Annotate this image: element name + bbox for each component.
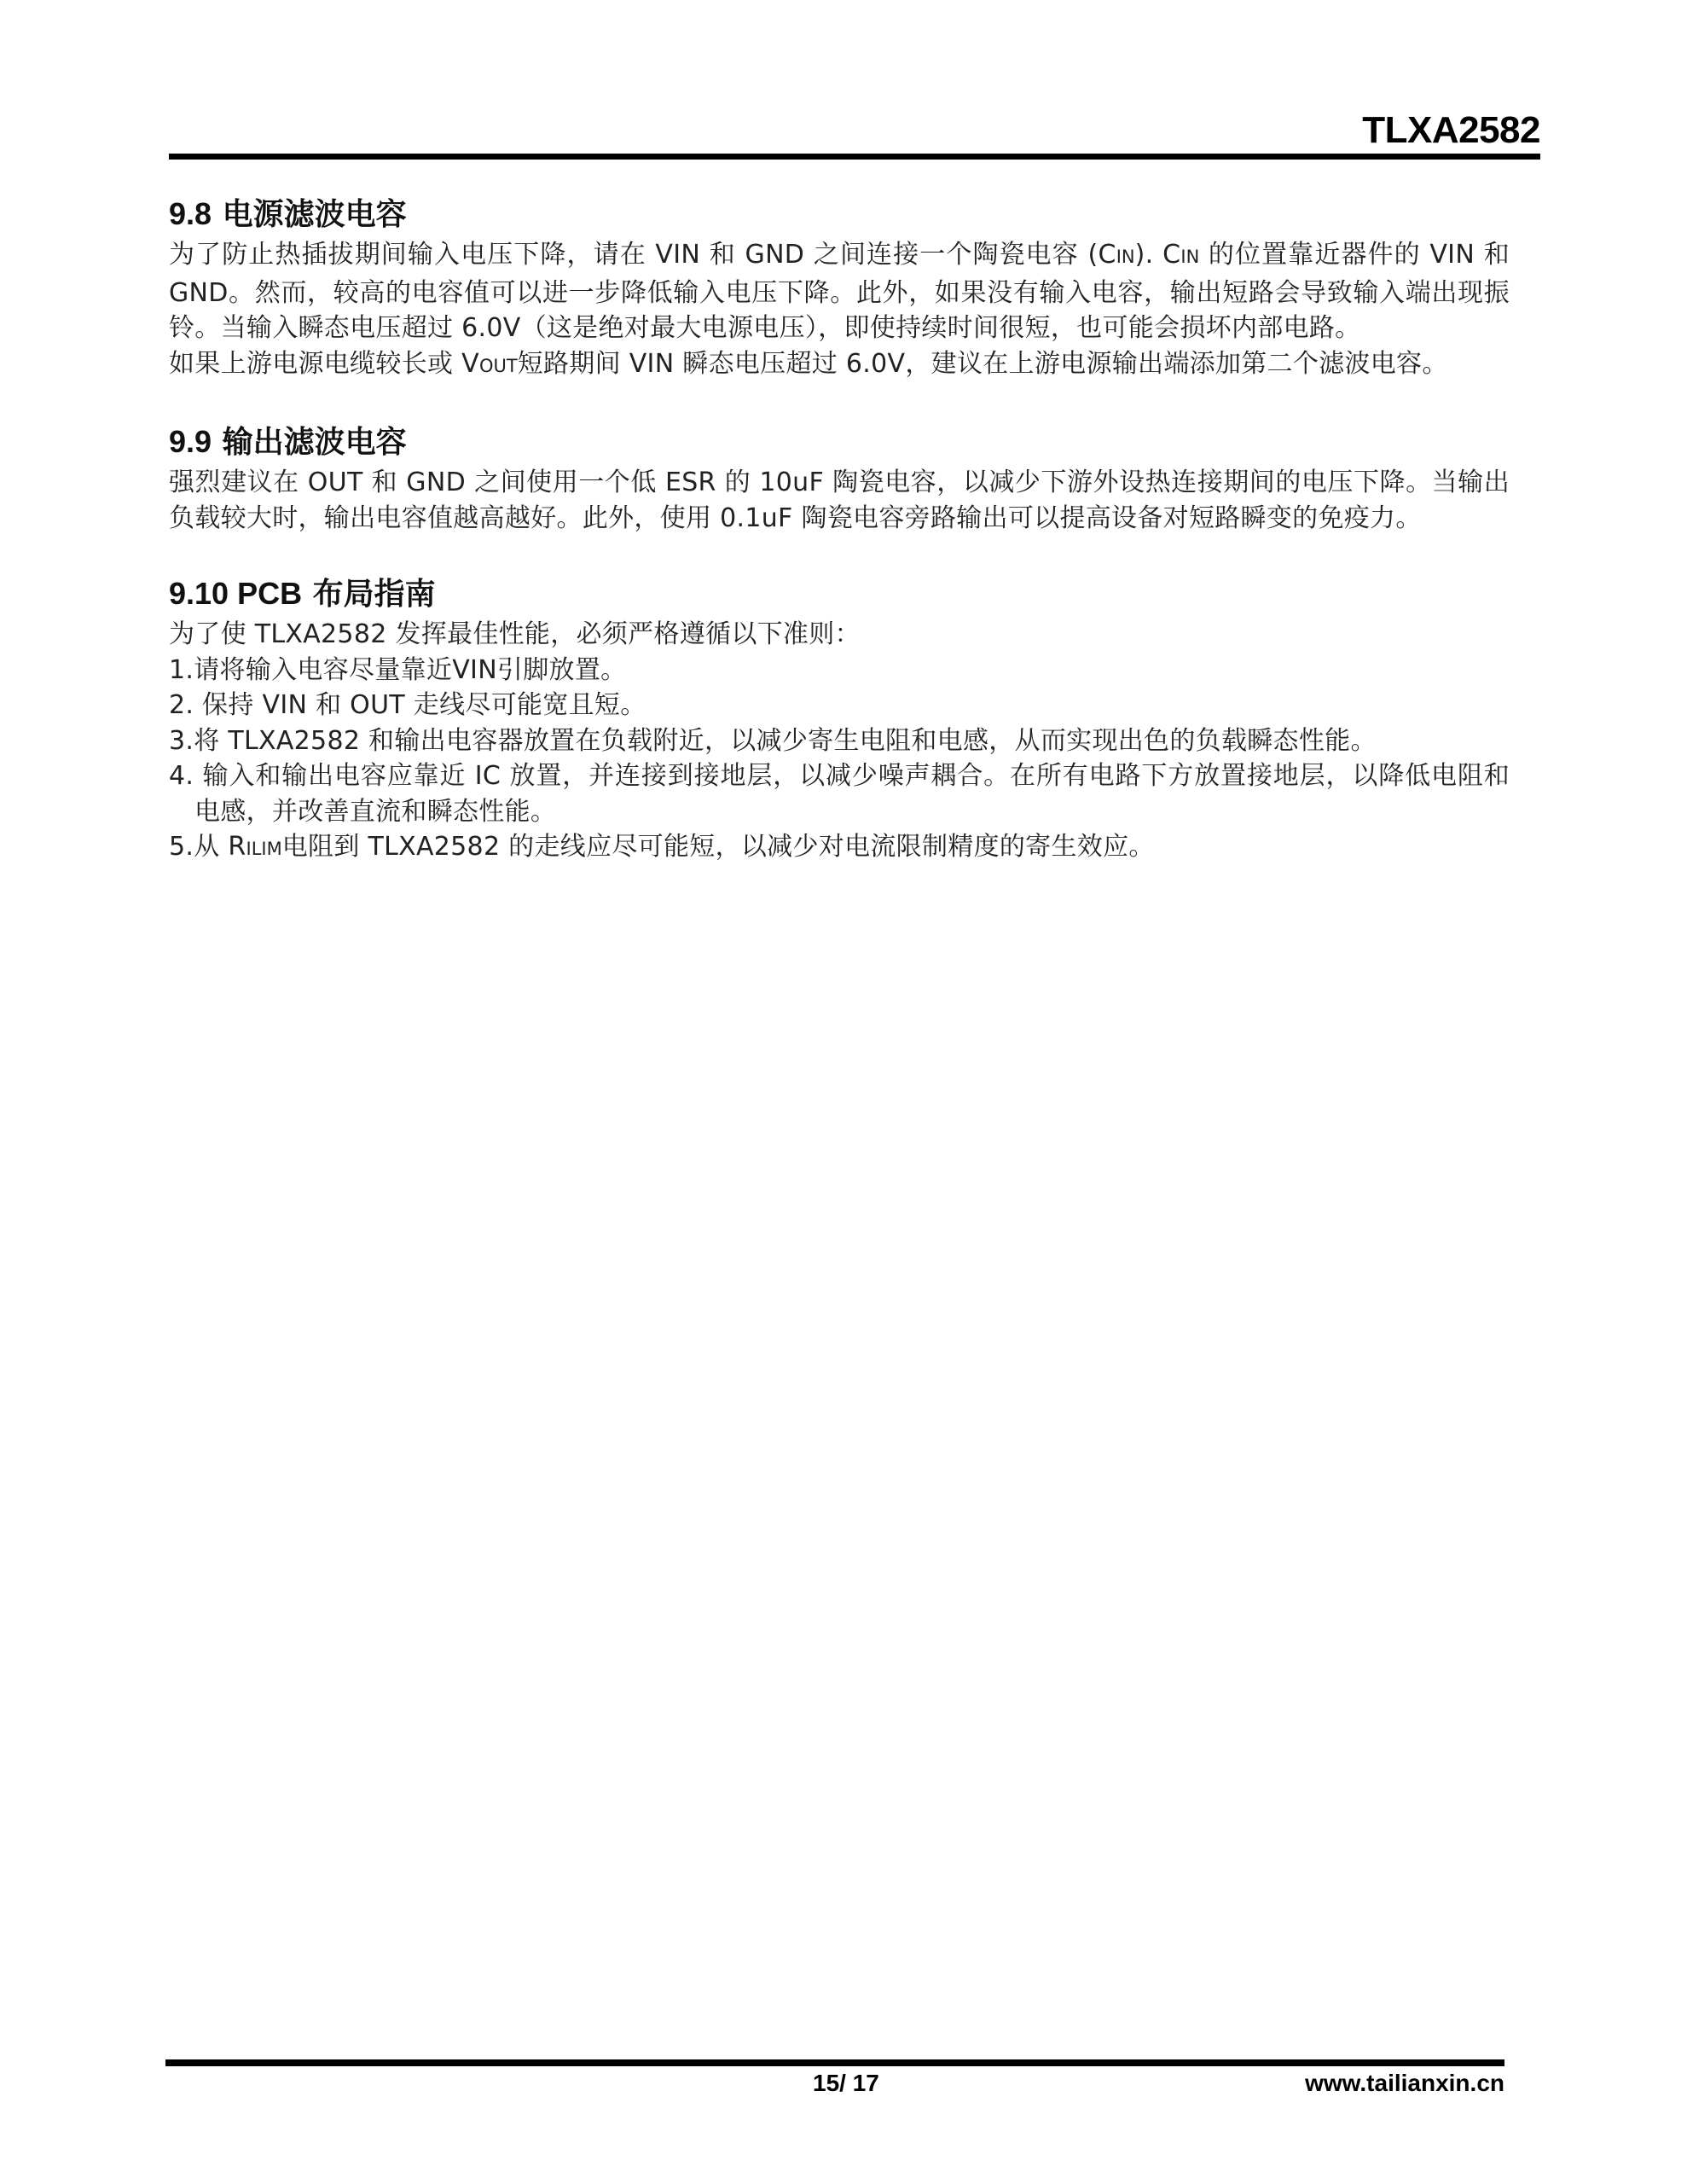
header-divider xyxy=(169,154,1540,160)
paragraph: 强烈建议在 OUT 和 GND 之间使用一个低 ESR 的 10uF 陶瓷电容，… xyxy=(169,465,1510,536)
list-item: 3.将 TLXA2582 和输出电容器放置在负载附近，以减少寄生电阻和电感，从而… xyxy=(169,723,1510,759)
section-heading: 9.9 输出滤波电容 xyxy=(169,420,1510,465)
text-run: 如果上游电源电缆较长或 V xyxy=(169,349,479,379)
text-run: 5.从 R xyxy=(169,832,246,862)
section-9-10: 9.10 PCB 布局指南 为了使 TLXA2582 发挥最佳性能，必须严格遵循… xyxy=(169,572,1510,868)
footer-divider xyxy=(165,2059,1504,2066)
subscript: OUT xyxy=(479,356,518,376)
section-title-text: 布局指南 xyxy=(313,577,436,612)
section-heading: 9.10 PCB 布局指南 xyxy=(169,572,1510,617)
section-title-text: 电源滤波电容 xyxy=(223,197,407,232)
section-intro: 为了使 TLXA2582 发挥最佳性能，必须严格遵循以下准则： xyxy=(169,617,1510,653)
list-item: 4. 输入和输出电容应靠近 IC 放置，并连接到接地层，以减少噪声耦合。在所有电… xyxy=(169,758,1510,829)
section-number: 9.8 xyxy=(169,196,212,231)
text-run: 为了防止热插拔期间输入电压下降，请在 VIN 和 GND 之间连接一个陶瓷电容 … xyxy=(169,240,1116,270)
text-run: ). C xyxy=(1135,240,1181,270)
page-number: 15/ 17 xyxy=(813,2070,879,2097)
paragraph: 为了防止热插拔期间输入电压下降，请在 VIN 和 GND 之间连接一个陶瓷电容 … xyxy=(169,237,1510,346)
section-title-text: 输出滤波电容 xyxy=(223,425,407,460)
subscript: IN xyxy=(1116,247,1135,267)
section-9-9: 9.9 输出滤波电容 强烈建议在 OUT 和 GND 之间使用一个低 ESR 的… xyxy=(169,420,1510,536)
section-number: 9.10 PCB xyxy=(169,576,302,611)
section-heading: 9.8 电源滤波电容 xyxy=(169,192,1510,237)
list-item: 5.从 RILIM电阻到 TLXA2582 的走线应尽可能短，以减少对电流限制精… xyxy=(169,829,1510,868)
section-9-8: 9.8 电源滤波电容 为了防止热插拔期间输入电压下降，请在 VIN 和 GND … xyxy=(169,192,1510,384)
paragraph: 如果上游电源电缆较长或 VOUT短路期间 VIN 瞬态电压超过 6.0V，建议在… xyxy=(169,346,1510,385)
text-run: 电阻到 TLXA2582 的走线应尽可能短，以减少对电流限制精度的寄生效应。 xyxy=(282,832,1155,862)
document-body: 9.8 电源滤波电容 为了防止热插拔期间输入电压下降，请在 VIN 和 GND … xyxy=(169,192,1510,903)
list-item: 1.请将输入电容尽量靠近VIN引脚放置。 xyxy=(169,653,1510,688)
footer-website: www.tailianxin.cn xyxy=(1305,2070,1504,2097)
section-number: 9.9 xyxy=(169,424,212,459)
list-item: 2. 保持 VIN 和 OUT 走线尽可能宽且短。 xyxy=(169,688,1510,723)
document-header-title: TLXA2582 xyxy=(1362,109,1540,152)
subscript: ILIM xyxy=(246,839,282,859)
subscript: IN xyxy=(1180,247,1199,267)
text-run: 短路期间 VIN 瞬态电压超过 6.0V，建议在上游电源输出端添加第二个滤波电容… xyxy=(518,349,1448,379)
